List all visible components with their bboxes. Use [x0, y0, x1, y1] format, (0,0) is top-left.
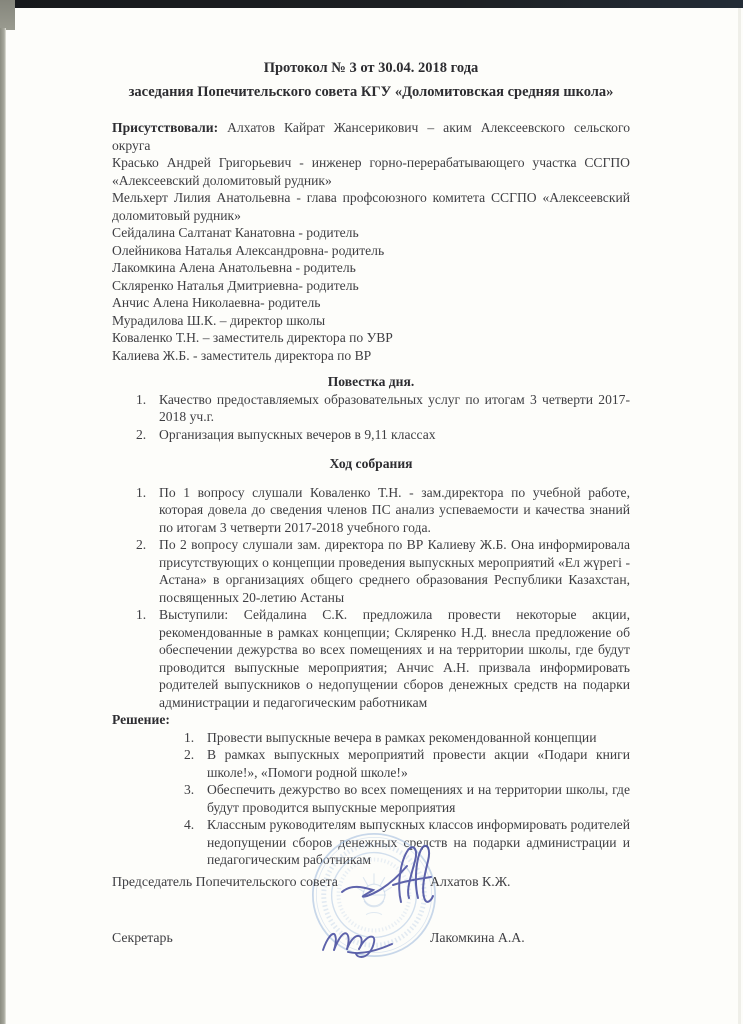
attendee-entry: Красько Андрей Григорьевич - инженер гор…: [112, 154, 630, 189]
decision-item-number: 3.: [184, 781, 194, 799]
document-title-line1: Протокол № 3 от 30.04. 2018 года: [112, 56, 630, 80]
agenda-item: 1.Качество предоставляемых образовательн…: [112, 391, 630, 426]
decision-item-number: 4.: [184, 816, 194, 834]
decision-heading: Решение:: [112, 711, 630, 729]
attendee-entry: Скляренко Наталья Дмитриевна- родитель: [112, 277, 630, 295]
agenda-heading: Повестка дня.: [112, 373, 630, 391]
decision-item-text: В рамках выпускных мероприятий провести …: [207, 747, 630, 780]
attendee-entry: Мельхерт Лилия Анатольевна - глава профс…: [112, 189, 630, 224]
course-item: 2.По 2 вопросу слушали зам. директора по…: [112, 536, 630, 606]
decision-item: 1.Провести выпускные вечера в рамках рек…: [112, 729, 630, 747]
attendees-first-line: Присутствовали: Алхатов Кайрат Жансерико…: [112, 119, 630, 154]
scan-edge-right: [738, 8, 741, 1024]
agenda-item-text: Качество предоставляемых образовательных…: [159, 392, 630, 425]
course-item-number: 1.: [136, 484, 146, 502]
attendee-entry: Мурадилова Ш.К. – директор школы: [112, 312, 630, 330]
course-item-text: По 1 вопросу слушали Коваленко Т.Н. - за…: [159, 485, 630, 535]
agenda-item-number: 2.: [136, 426, 146, 444]
decision-item-number: 1.: [184, 729, 194, 747]
signature-role: Председатель Попечительского совета: [112, 874, 338, 890]
scan-edge-left: [0, 28, 6, 1024]
scan-edge-top: [8, 0, 743, 8]
scanned-document-page: Протокол № 3 от 30.04. 2018 года заседан…: [0, 0, 743, 1024]
decision-item-text: Провести выпускные вечера в рамках реком…: [207, 730, 596, 745]
course-item-number: 1.: [136, 606, 146, 624]
agenda-item-text: Организация выпускных вечеров в 9,11 кла…: [159, 427, 436, 442]
document-body: Протокол № 3 от 30.04. 2018 года заседан…: [112, 56, 630, 869]
attendee-entry: Лакомкина Алена Анатольевна - родитель: [112, 259, 630, 277]
attendee-entry: Олейникова Наталья Александровна- родите…: [112, 242, 630, 260]
attendees-label: Присутствовали:: [112, 120, 218, 135]
course-item-text: Выступили: Сейдалина С.К. предложила про…: [159, 607, 630, 710]
attendee-entry: Анчис Алена Николаевна- родитель: [112, 294, 630, 312]
decision-item-number: 2.: [184, 746, 194, 764]
course-list: 1.По 1 вопросу слушали Коваленко Т.Н. - …: [112, 484, 630, 712]
decision-item: 3.Обеспечить дежурство во всех помещения…: [112, 781, 630, 816]
course-item-text: По 2 вопросу слушали зам. директора по В…: [159, 537, 630, 605]
signature-name: Лакомкина А.А.: [430, 930, 525, 946]
agenda-item: 2.Организация выпускных вечеров в 9,11 к…: [112, 426, 630, 444]
agenda-item-number: 1.: [136, 391, 146, 409]
decision-item: 2.В рамках выпускных мероприятий провест…: [112, 746, 630, 781]
scan-edge-corner: [0, 0, 15, 30]
attendee-entry: Сейдалина Салтанат Канатовна - родитель: [112, 224, 630, 242]
decision-item-text: Обеспечить дежурство во всех помещениях …: [207, 782, 630, 815]
document-title-line2: заседания Попечительского совета КГУ «До…: [112, 80, 630, 104]
agenda-list: 1.Качество предоставляемых образовательн…: [112, 391, 630, 444]
signature-role: Секретарь: [112, 930, 173, 946]
course-heading: Ход собрания: [112, 455, 630, 473]
course-item: 1.Выступили: Сейдалина С.К. предложила п…: [112, 606, 630, 711]
attendees-section: Присутствовали: Алхатов Кайрат Жансерико…: [112, 119, 630, 364]
secretary-signature: [318, 918, 398, 964]
attendee-entry: Коваленко Т.Н. – заместитель директора п…: [112, 329, 630, 347]
course-item: 1.По 1 вопросу слушали Коваленко Т.Н. - …: [112, 484, 630, 537]
signature-name: Алхатов К.Ж.: [430, 874, 511, 890]
attendee-entry: Калиева Ж.Б. - заместитель директора по …: [112, 347, 630, 365]
course-item-number: 2.: [136, 536, 146, 554]
